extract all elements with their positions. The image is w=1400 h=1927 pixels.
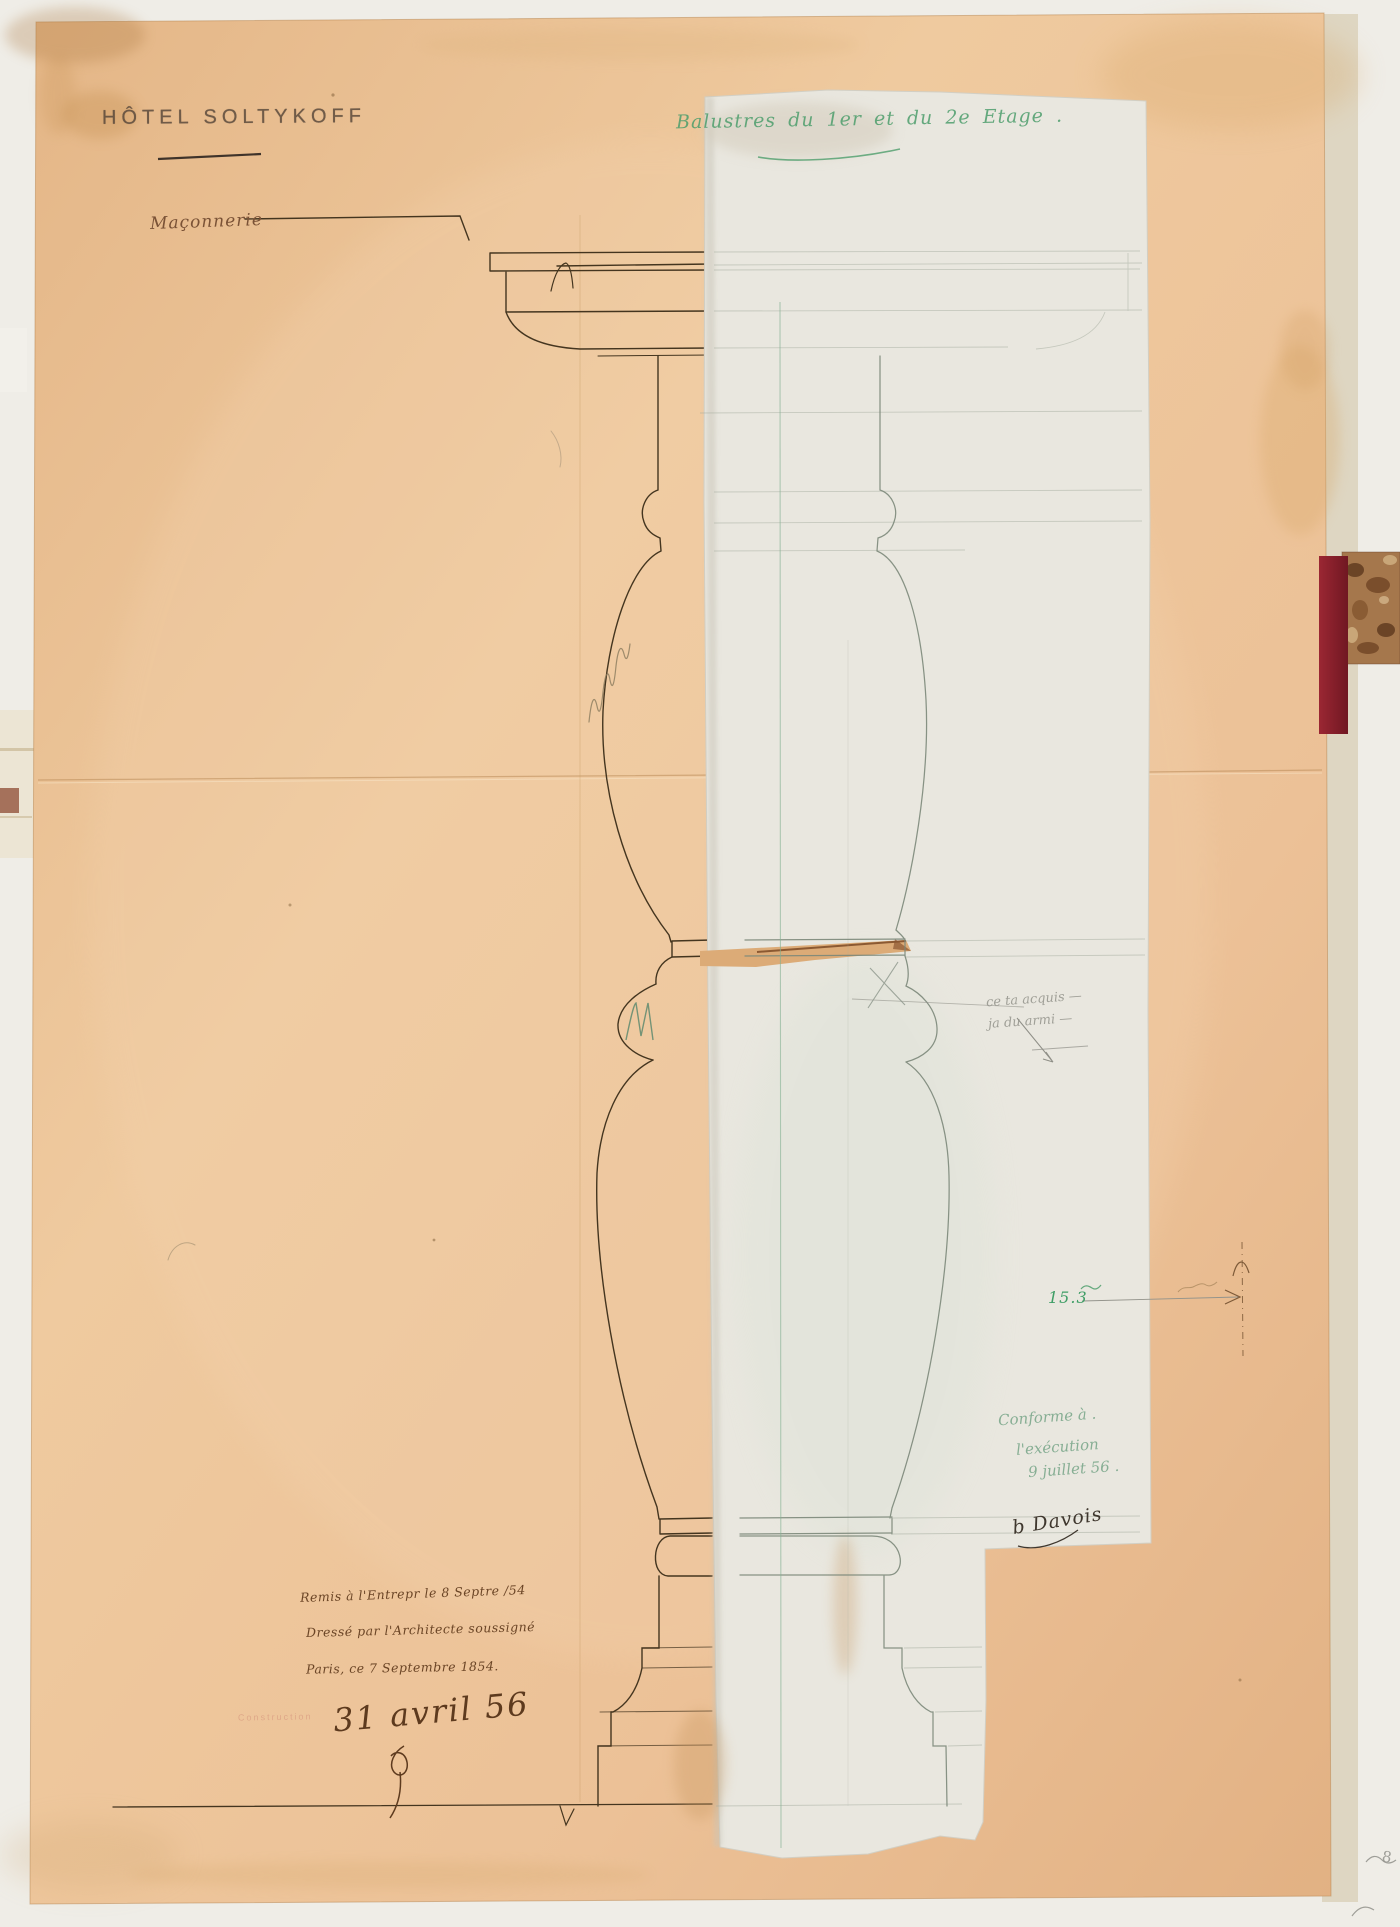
red-binding-strip (1319, 556, 1348, 734)
faint-red-stamp: Construction (238, 1711, 313, 1722)
stamp-title: HÔTEL SOLTYKOFF (102, 105, 366, 130)
scanned-drawing-page: { "document": { "stamp_title": "HÔTEL SO… (0, 0, 1400, 1927)
dimension-value: 15.3 (1048, 1288, 1088, 1307)
category-label: Maçonnerie (150, 210, 264, 234)
marbled-binding-patch (1342, 552, 1400, 664)
drawing-artwork (0, 0, 1400, 1927)
